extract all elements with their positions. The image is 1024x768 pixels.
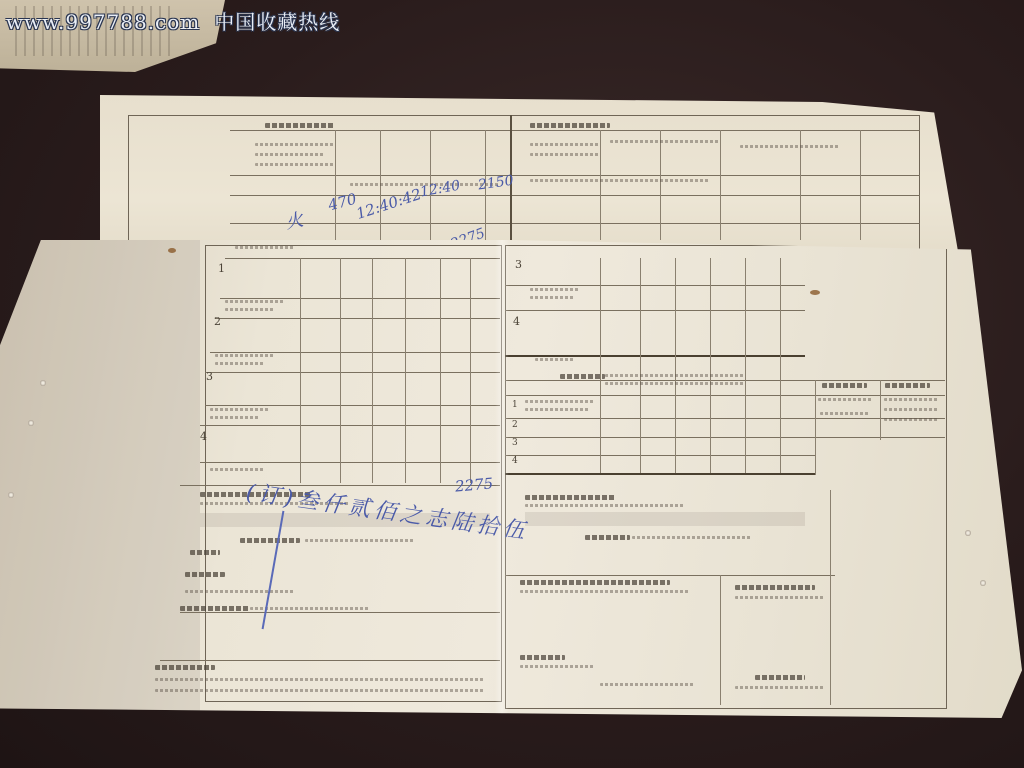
row-rule [505, 418, 945, 419]
printed-header-text [265, 123, 335, 128]
col-rule [300, 258, 301, 483]
printed-label [735, 585, 815, 590]
printed-label [235, 246, 295, 249]
printed-label [185, 572, 225, 577]
col-rule [780, 258, 781, 473]
printed-label [210, 408, 270, 411]
printed-label [884, 418, 939, 421]
col-rule [815, 380, 816, 475]
top-col-rule [860, 130, 861, 240]
printed-header-text [530, 179, 710, 182]
row-rule [505, 310, 805, 311]
right-panel-frame [505, 245, 947, 709]
punch-hole [965, 530, 971, 536]
row-rule [220, 298, 500, 299]
row-number: 1 [512, 400, 518, 410]
top-row-rule [230, 223, 920, 224]
row-number: 2 [214, 315, 221, 328]
printed-label [530, 296, 575, 299]
printed-label [190, 550, 220, 555]
printed-label [632, 536, 752, 539]
printed-label [520, 655, 565, 660]
row-rule [215, 318, 500, 319]
printed-label [240, 538, 300, 543]
printed-label [520, 665, 595, 668]
col-rule [372, 258, 373, 483]
printed-label [525, 495, 615, 500]
printed-label [605, 374, 745, 377]
printed-header-text [255, 163, 335, 166]
printed-label [185, 590, 295, 593]
row-rule [200, 425, 500, 426]
top-header-rule [230, 130, 920, 131]
row-number: 3 [515, 258, 522, 271]
row-rule [160, 660, 500, 661]
row-number: 3 [512, 438, 518, 448]
col-rule [405, 258, 406, 483]
punch-hole [980, 580, 986, 586]
printed-label [535, 358, 575, 361]
printed-label [735, 686, 825, 689]
printed-label [520, 580, 670, 585]
printed-label [884, 408, 939, 411]
paper-crease [495, 240, 509, 718]
row-rule [505, 285, 805, 286]
row-number: 4 [200, 430, 207, 443]
paper-shadow [0, 240, 200, 718]
printed-label [525, 400, 595, 403]
col-rule [675, 258, 676, 473]
printed-header-text [610, 140, 720, 143]
row-rule [505, 380, 945, 381]
printed-label [818, 398, 873, 401]
handwritten-number: 2275 [454, 474, 494, 495]
top-col-rule [660, 130, 661, 240]
punch-hole [8, 492, 14, 498]
printed-label [755, 675, 805, 680]
rust-stain [168, 248, 176, 253]
row-number: 1 [218, 262, 225, 275]
left-panel-frame [205, 245, 502, 702]
printed-label [225, 300, 285, 303]
printed-label [525, 408, 590, 411]
footnote-text [155, 678, 485, 681]
col-rule [720, 575, 721, 705]
top-col-rule [600, 130, 601, 240]
printed-label [530, 288, 580, 291]
col-rule [640, 258, 641, 473]
row-rule [505, 355, 805, 357]
printed-label [305, 539, 415, 542]
printed-label [560, 374, 605, 379]
row-number: 4 [513, 315, 520, 328]
watermark: www.997788.com中国收藏热线 [6, 6, 340, 35]
row-number: 2 [512, 420, 518, 430]
punch-hole [28, 420, 34, 426]
printed-label [180, 606, 250, 611]
printed-label [210, 416, 260, 419]
col-rule [440, 258, 441, 483]
top-col-rule [720, 130, 721, 240]
printed-header-text [530, 153, 600, 156]
printed-label [210, 468, 265, 471]
printed-label [820, 412, 870, 415]
col-rule [710, 258, 711, 473]
row-rule [505, 395, 945, 396]
top-col-rule [335, 130, 336, 240]
row-rule [180, 612, 500, 613]
row-rule [205, 372, 500, 373]
row-rule [505, 575, 835, 576]
printed-header-text [255, 153, 325, 156]
printed-label [215, 354, 275, 357]
amount-field-band [525, 512, 805, 526]
printed-label [885, 383, 930, 388]
col-rule [340, 258, 341, 483]
row-rule [180, 485, 500, 486]
printed-label [884, 398, 939, 401]
row-rule [225, 258, 500, 259]
row-rule [210, 352, 500, 353]
printed-header-text [740, 145, 840, 148]
printed-label [585, 535, 630, 540]
col-rule [830, 490, 831, 705]
row-number: 4 [512, 456, 518, 466]
printed-label [822, 383, 867, 388]
row-rule [200, 462, 500, 463]
printed-header-text [255, 143, 335, 146]
top-header-rule [230, 175, 920, 176]
printed-label [225, 308, 275, 311]
row-rule [505, 473, 815, 475]
printed-label [520, 590, 690, 593]
watermark-url: www.997788.com [6, 10, 200, 34]
row-rule [505, 455, 815, 456]
printed-label [250, 607, 370, 610]
row-rule [205, 405, 500, 406]
printed-header-text [530, 123, 610, 128]
printed-label [735, 596, 825, 599]
watermark-site-name: 中国收藏热线 [214, 10, 340, 34]
form-main-sheet: 1 2 3 4 3 4 1 2 3 4 [0, 240, 1022, 718]
col-rule [745, 258, 746, 473]
col-rule [470, 258, 471, 483]
printed-label [600, 683, 695, 686]
row-rule [505, 437, 945, 438]
printed-label [525, 504, 685, 507]
col-rule [600, 258, 601, 473]
printed-label [605, 382, 745, 385]
rust-stain [810, 290, 820, 295]
col-rule [880, 380, 881, 440]
printed-header-text [530, 143, 600, 146]
punch-hole [40, 380, 46, 386]
footnote-text [155, 665, 215, 670]
row-number: 3 [206, 370, 213, 383]
printed-label [215, 362, 265, 365]
footnote-text [155, 689, 485, 692]
